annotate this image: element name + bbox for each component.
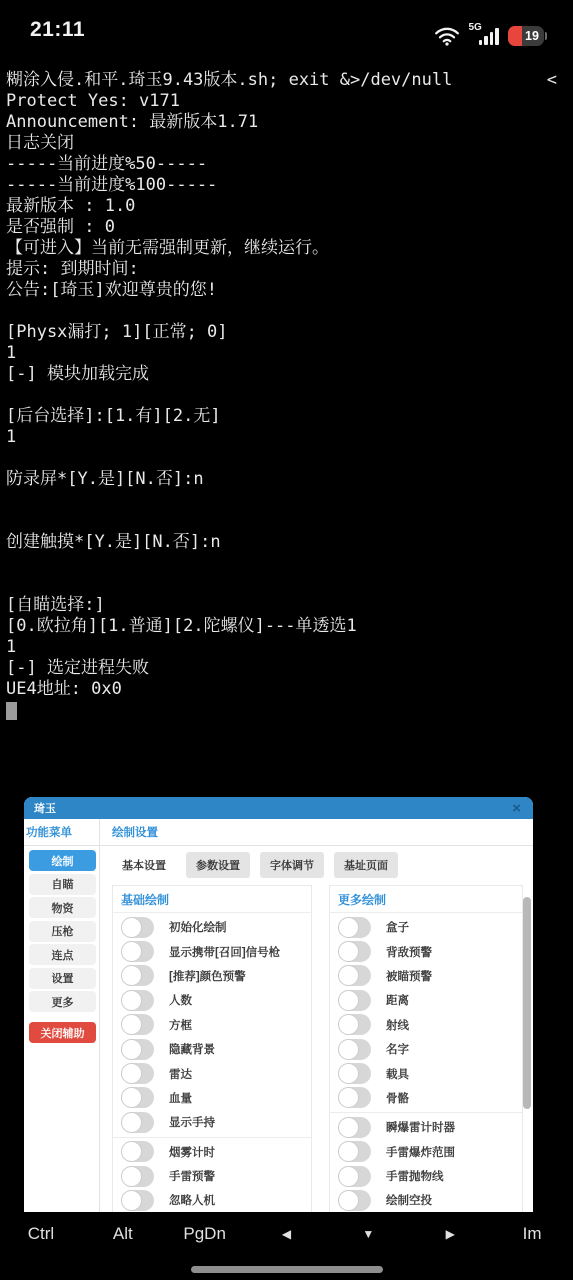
sidebar-item-更多[interactable]: 更多 [29, 991, 96, 1012]
terminal-line [6, 553, 573, 574]
toggle-row: 距离 [330, 988, 522, 1012]
sidebar-item-设置[interactable]: 设置 [29, 968, 96, 989]
toggle-label: 射线 [386, 1017, 409, 1033]
key-▼[interactable]: ▼ [327, 1212, 409, 1256]
toggle-group: 烟雾计时手雷预警忽略人机溜手模式 [113, 1137, 311, 1212]
extra-keys: CtrlAltPgDn◀▼▶Im [0, 1212, 573, 1256]
toggle-row: 隐藏背景 [113, 1037, 311, 1061]
toggle-label: 隐藏背景 [169, 1041, 215, 1057]
scrollbar[interactable] [523, 897, 531, 1109]
column-title: 基础绘制 [113, 886, 311, 913]
terminal-line: -----当前进度%100----- [6, 175, 573, 196]
toggle-label: 背敌预警 [386, 944, 432, 960]
terminal-line [6, 301, 573, 322]
floating-window: 琦玉 × 功能菜单 绘制自瞄物资压枪连点设置更多关闭辅助 绘制设置 基本设置参数… [24, 797, 533, 1212]
toggle-label: 初始化绘制 [169, 919, 227, 935]
toggle-row: 被瞄预警 [330, 964, 522, 988]
toggle-label: 手雷爆炸范围 [386, 1144, 455, 1160]
draw-column-0: 基础绘制初始化绘制显示携带[召回]信号枪[推荐]颜色预警人数方框隐藏背景雷达血量… [112, 885, 312, 1212]
terminal-line: 提示: 到期时间: [6, 259, 573, 280]
key-PgDn[interactable]: PgDn [164, 1212, 246, 1256]
toggle-row: 名字 [330, 1037, 522, 1061]
toggle-label: 手雷预警 [169, 1168, 215, 1184]
terminal-line: [Physx漏打; 1][正常; 0] [6, 322, 573, 343]
column-title: 更多绘制 [330, 886, 522, 913]
terminal-line: [0.欧拉角][1.普通][2.陀螺仪]---单透选1 [6, 616, 573, 637]
panel-title: 绘制设置 [100, 819, 533, 846]
toggle-switch[interactable] [338, 965, 371, 986]
tab-基址页面[interactable]: 基址页面 [334, 852, 398, 878]
window-title: 琦玉 [34, 800, 56, 816]
toggle-row: 盒子 [330, 915, 522, 939]
toggle-group: 盒子背敌预警被瞄预警距离射线名字载具骨骼 [330, 913, 522, 1112]
toggle-label: 载具 [386, 1066, 409, 1082]
sidebar-header: 功能菜单 [24, 819, 99, 846]
toggle-label: 人数 [169, 992, 192, 1008]
key-◀[interactable]: ◀ [246, 1212, 328, 1256]
terminal-line: [后台选择]:[1.有][2.无] [6, 406, 573, 427]
toggle-row: 手雷抛物线 [330, 1164, 522, 1188]
toggle-group: 瞬爆雷计时器手雷爆炸范围手雷抛物线绘制空投人物天线 [330, 1112, 522, 1212]
key-Ctrl[interactable]: Ctrl [0, 1212, 82, 1256]
toggle-switch[interactable] [121, 1112, 154, 1133]
terminal-line [6, 490, 573, 511]
battery-fill [508, 26, 522, 46]
toggle-label: 血量 [169, 1090, 192, 1106]
toggle-switch[interactable] [121, 1063, 154, 1084]
tab-参数设置[interactable]: 参数设置 [186, 852, 250, 878]
toggle-label: 名字 [386, 1041, 409, 1057]
terminal-line: 是否强制 : 0 [6, 217, 573, 238]
signal-bars-icon [479, 28, 499, 45]
toggle-row: 方框 [113, 1013, 311, 1037]
main-panel: 绘制设置 基本设置参数设置字体调节基址页面 基础绘制初始化绘制显示携带[召回]信… [100, 819, 533, 1212]
toggle-switch[interactable] [121, 1190, 154, 1211]
close-icon[interactable]: × [512, 801, 521, 816]
terminal-output[interactable]: 糊涂入侵.和平.琦玉9.43版本.sh; exit &>/dev/nullPro… [6, 70, 573, 721]
extra-keys-bar: CtrlAltPgDn◀▼▶Im [0, 1212, 573, 1280]
toggle-label: 方框 [169, 1017, 192, 1033]
toggle-columns: 基础绘制初始化绘制显示携带[召回]信号枪[推荐]颜色预警人数方框隐藏背景雷达血量… [112, 885, 533, 1212]
terminal-cursor-line [6, 700, 573, 721]
terminal-line: 创建触摸*[Y.是][N.否]:n [6, 532, 573, 553]
terminal-line: 糊涂入侵.和平.琦玉9.43版本.sh; exit &>/dev/null [6, 70, 573, 91]
toggle-label: 瞬爆雷计时器 [386, 1119, 455, 1135]
toggle-switch[interactable] [121, 941, 154, 962]
close-assist-button[interactable]: 关闭辅助 [29, 1022, 96, 1043]
toggle-label: 手雷抛物线 [386, 1168, 444, 1184]
terminal-line [6, 574, 573, 595]
toggle-row: [推荐]颜色预警 [113, 964, 311, 988]
sidebar-item-压枪[interactable]: 压枪 [29, 921, 96, 942]
sidebar: 功能菜单 绘制自瞄物资压枪连点设置更多关闭辅助 [24, 819, 100, 1212]
toggle-label: 烟雾计时 [169, 1144, 215, 1160]
status-bar: 21:11 5G 19 [0, 0, 573, 56]
toggle-label: 骨骼 [386, 1090, 409, 1106]
terminal-line: 防录屏*[Y.是][N.否]:n [6, 469, 573, 490]
battery-icon: 19 [508, 26, 544, 46]
terminal-line: 最新版本 : 1.0 [6, 196, 573, 217]
toggle-label: 绘制空投 [386, 1192, 432, 1208]
terminal-line [6, 385, 573, 406]
terminal-line [6, 511, 573, 532]
toggle-row: 骨骼 [330, 1086, 522, 1110]
toggle-label: 忽略人机 [169, 1192, 215, 1208]
toggle-row: 瞬爆雷计时器 [330, 1115, 522, 1139]
toggle-row: 雷达 [113, 1061, 311, 1085]
terminal-line: [自瞄选择:] [6, 595, 573, 616]
toggle-switch[interactable] [338, 1141, 371, 1162]
terminal-line: [-] 选定进程失败 [6, 658, 573, 679]
toggle-group: 初始化绘制显示携带[召回]信号枪[推荐]颜色预警人数方框隐藏背景雷达血量显示手持 [113, 913, 311, 1137]
key-Im[interactable]: Im [491, 1212, 573, 1256]
toggle-row: 载具 [330, 1061, 522, 1085]
toggle-row: 人数 [113, 988, 311, 1012]
toggle-switch[interactable] [121, 1141, 154, 1162]
clock: 21:11 [30, 18, 85, 42]
toggle-row: 显示携带[召回]信号枪 [113, 939, 311, 963]
toggle-switch[interactable] [121, 965, 154, 986]
terminal-line: [-] 模块加载完成 [6, 364, 573, 385]
toggle-switch[interactable] [121, 1166, 154, 1187]
sidebar-item-连点[interactable]: 连点 [29, 944, 96, 965]
terminal-cursor [6, 702, 17, 720]
toggle-switch[interactable] [121, 1014, 154, 1035]
toggle-switch[interactable] [338, 1190, 371, 1211]
toggle-row: 烟雾计时 [113, 1140, 311, 1164]
toggle-switch[interactable] [338, 1039, 371, 1060]
toggle-row: 手雷预警 [113, 1164, 311, 1188]
tab-字体调节[interactable]: 字体调节 [260, 852, 324, 878]
gesture-handle[interactable] [191, 1266, 383, 1273]
terminal-line: 日志关闭 [6, 133, 573, 154]
draw-column-1: 更多绘制盒子背敌预警被瞄预警距离射线名字载具骨骼瞬爆雷计时器手雷爆炸范围手雷抛物… [329, 885, 523, 1212]
wifi-icon [434, 26, 460, 46]
toggle-switch[interactable] [338, 1063, 371, 1084]
terminal-line: UE4地址: 0x0 [6, 679, 573, 700]
toggle-label: 显示携带[召回]信号枪 [169, 944, 280, 960]
terminal-line: Protect Yes: v171 [6, 91, 573, 112]
toggle-row: 忽略人机 [113, 1188, 311, 1212]
battery-percent: 19 [521, 26, 544, 46]
toggle-switch[interactable] [121, 917, 154, 938]
toggle-label: 距离 [386, 992, 409, 1008]
terminal-line: Announcement: 最新版本1.71 [6, 112, 573, 133]
terminal-line: 公告:[琦玉]欢迎尊贵的您! [6, 280, 573, 301]
toggle-label: [推荐]颜色预警 [169, 968, 246, 984]
toggle-switch[interactable] [121, 1039, 154, 1060]
tabs-row: 基本设置参数设置字体调节基址页面 [112, 852, 533, 878]
toggle-switch[interactable] [338, 1014, 371, 1035]
sidebar-menu: 绘制自瞄物资压枪连点设置更多关闭辅助 [24, 846, 99, 1046]
toggle-row: 血量 [113, 1086, 311, 1110]
window-titlebar[interactable]: 琦玉 × [24, 797, 533, 819]
toggle-row: 背敌预警 [330, 939, 522, 963]
toggle-switch[interactable] [338, 917, 371, 938]
toggle-row: 初始化绘制 [113, 915, 311, 939]
toggle-switch[interactable] [121, 990, 154, 1011]
toggle-label: 雷达 [169, 1066, 192, 1082]
tab-基本设置[interactable]: 基本设置 [112, 852, 176, 878]
toggle-switch[interactable] [338, 1166, 371, 1187]
toggle-switch[interactable] [338, 941, 371, 962]
toggle-label: 显示手持 [169, 1114, 215, 1130]
key-▶[interactable]: ▶ [409, 1212, 491, 1256]
toggle-row: 射线 [330, 1013, 522, 1037]
toggle-row: 绘制空投 [330, 1188, 522, 1212]
toggle-switch[interactable] [121, 1087, 154, 1108]
toggle-label: 盒子 [386, 919, 409, 935]
terminal-line: 1 [6, 637, 573, 658]
toggle-row: 显示手持 [113, 1110, 311, 1134]
terminal-line: 【可进入】当前无需强制更新，继续运行。 [6, 238, 573, 259]
toggle-row: 手雷爆炸范围 [330, 1140, 522, 1164]
terminal-line: 1 [6, 343, 573, 364]
toggle-switch[interactable] [338, 990, 371, 1011]
toggle-switch[interactable] [338, 1087, 371, 1108]
toggle-label: 被瞄预警 [386, 968, 432, 984]
terminal-line: 1 [6, 427, 573, 448]
sidebar-item-物资[interactable]: 物资 [29, 897, 96, 918]
terminal-truncation-indicator: < [547, 70, 557, 91]
terminal-line [6, 448, 573, 469]
terminal-line: -----当前进度%50----- [6, 154, 573, 175]
cellular-signal-icon: 5G [469, 24, 499, 46]
sidebar-item-绘制[interactable]: 绘制 [29, 850, 96, 871]
battery-nub [545, 32, 548, 40]
key-Alt[interactable]: Alt [82, 1212, 164, 1256]
toggle-switch[interactable] [338, 1117, 371, 1138]
sidebar-item-自瞄[interactable]: 自瞄 [29, 874, 96, 895]
